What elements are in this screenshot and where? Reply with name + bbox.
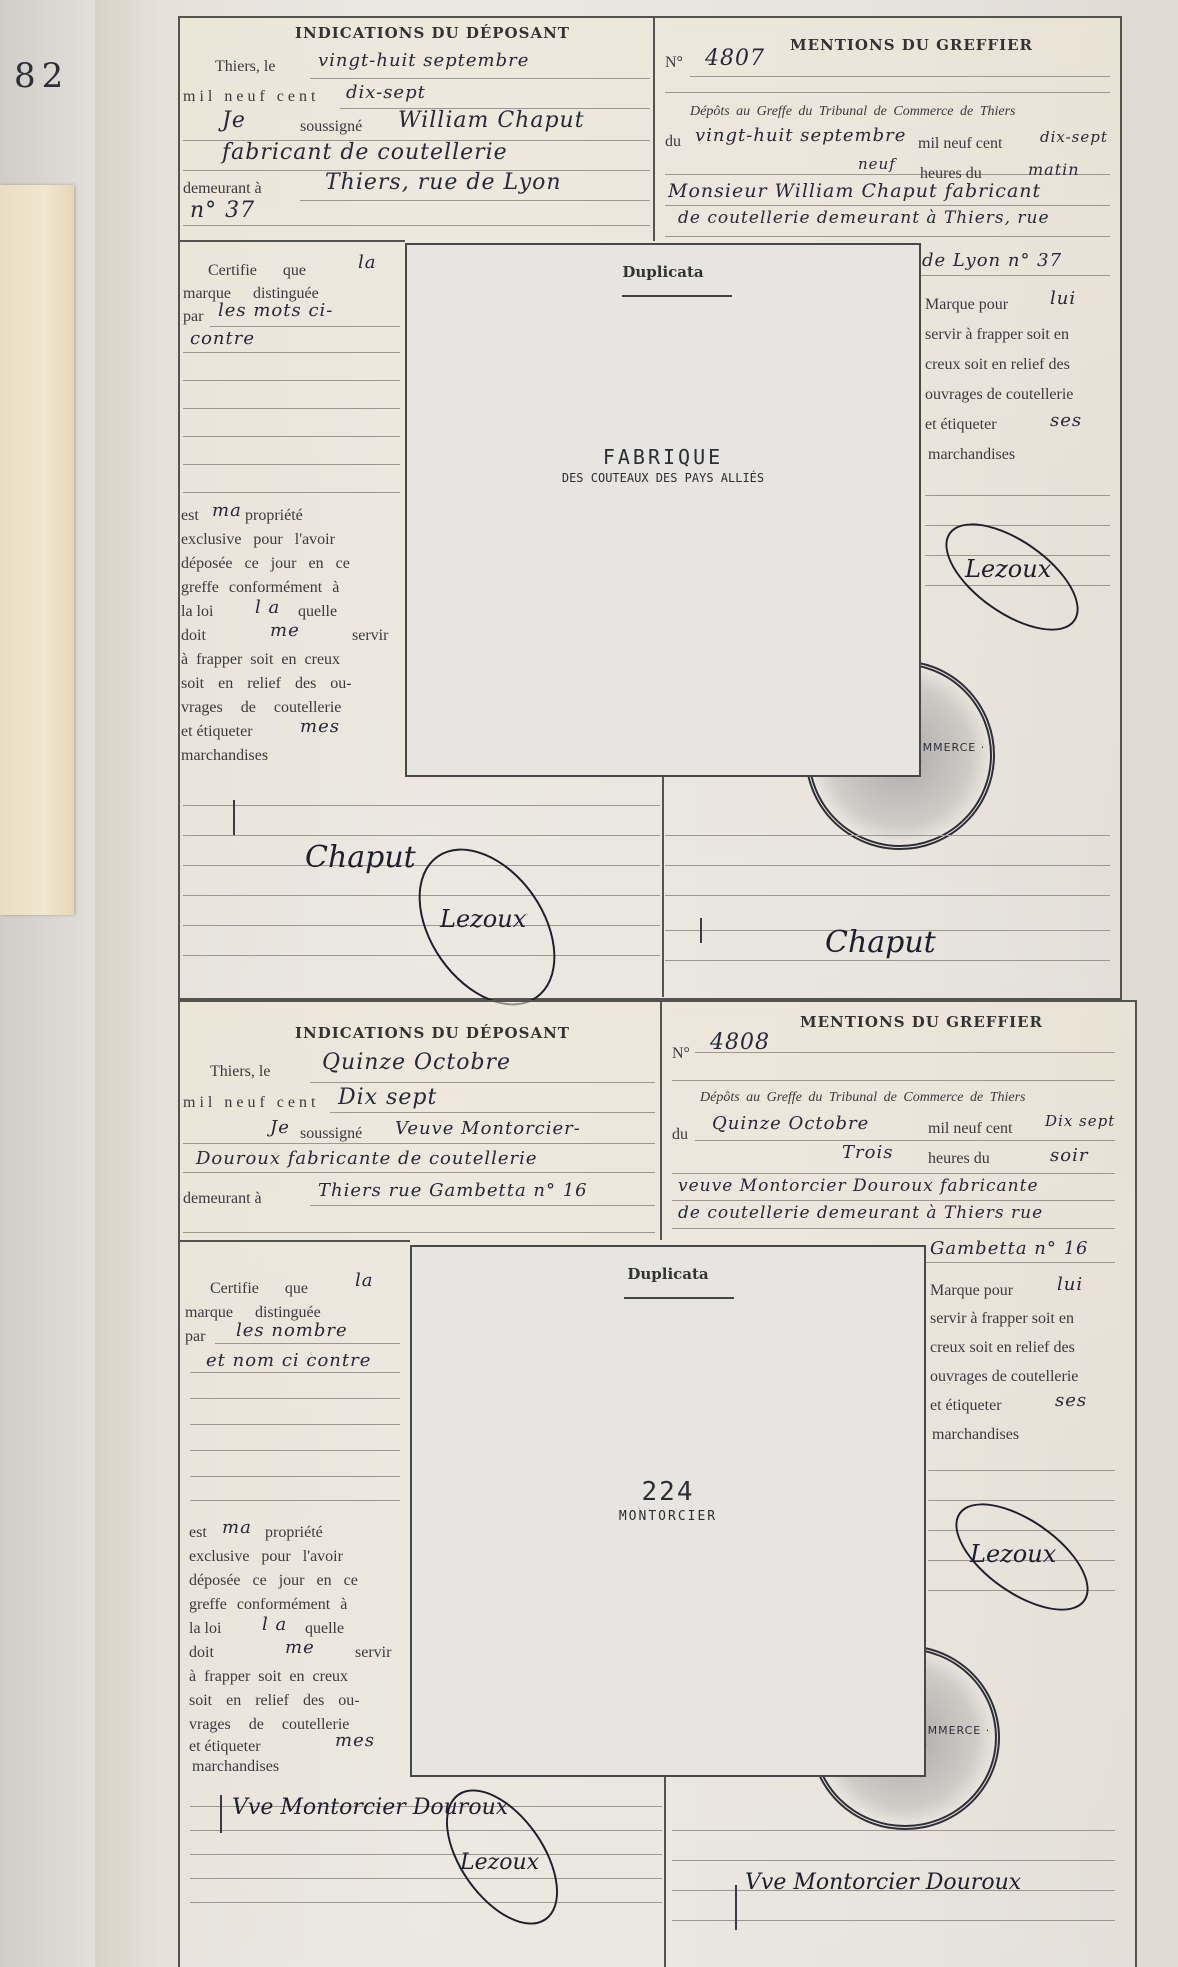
thiers-label: Thiers, le — [210, 1063, 270, 1081]
demeurant-label: demeurant à — [183, 180, 262, 198]
mil-neuf-cent-label: mil neuf cent — [183, 88, 319, 106]
mil-neuf-cent-label: mil neuf cent — [928, 1120, 1012, 1138]
rule — [665, 92, 1110, 93]
rule — [190, 1830, 662, 1831]
greffe-body-line: servir à frapper soit en — [925, 326, 1069, 344]
rule — [190, 1500, 400, 1501]
est-label: est — [181, 507, 199, 525]
la-loi-value: l a — [262, 1614, 287, 1635]
rule — [183, 225, 650, 226]
greffe-line-3: de Lyon n° 37 — [922, 250, 1062, 271]
du-label: du — [672, 1126, 688, 1144]
registration-number: 4807 — [705, 46, 765, 71]
rule — [672, 1228, 1115, 1229]
heures-label: heures du — [928, 1150, 990, 1168]
propriete-text: propriété — [265, 1524, 323, 1542]
greffier-header: MENTIONS DU GREFFIER — [790, 36, 1033, 54]
depositor-name: William Chaput — [398, 108, 585, 133]
header-divider — [178, 1240, 410, 1242]
greffe-hour: Trois — [842, 1142, 893, 1163]
attached-paper-slip — [0, 185, 74, 915]
deposit-date: vingt-huit septembre — [318, 50, 529, 71]
rule — [183, 492, 400, 493]
clerk-signature: Lezoux — [965, 555, 1051, 583]
depositor-name: Veuve Montorcier- — [395, 1118, 581, 1139]
etiqueter-label: et étiqueter — [189, 1738, 261, 1756]
depositor-address: Thiers, rue de Lyon — [325, 170, 562, 195]
marchandises-label: marchandises — [192, 1758, 279, 1776]
quelle-label: quelle — [298, 603, 337, 621]
rule — [925, 495, 1110, 496]
tail-line: soit en relief des ou- — [181, 675, 352, 693]
rule — [190, 1450, 400, 1451]
column-divider — [660, 1000, 662, 1240]
greffe-body-line: ouvrages de coutellerie — [925, 386, 1073, 404]
mark-cross — [735, 1885, 737, 1930]
rule — [215, 1343, 400, 1344]
rule — [183, 1143, 655, 1144]
rule — [190, 1398, 400, 1399]
rule — [665, 960, 1110, 961]
greffe-hour: neuf — [858, 155, 896, 173]
body-line: exclusive pour l'avoir — [181, 531, 335, 549]
depositor-signature: Chaput — [305, 840, 416, 875]
greffe-line-1: Monsieur William Chaput fabricant — [668, 180, 1041, 202]
rule — [695, 1140, 1115, 1141]
certifie-value: la — [358, 252, 377, 273]
rule — [920, 275, 1110, 276]
body-line: greffe conformément à — [181, 579, 339, 597]
doit-label: doit — [189, 1644, 214, 1662]
mil-neuf-cent-label: mil neuf cent — [918, 135, 1002, 153]
est-value: ma — [222, 1517, 252, 1538]
rule — [672, 1860, 1115, 1861]
rule — [665, 236, 1110, 237]
witness-signature: Lezoux — [460, 1850, 539, 1875]
du-label: du — [665, 133, 681, 151]
thiers-label: Thiers, le — [215, 58, 275, 76]
rule — [300, 200, 650, 201]
tail-line: soit en relief des ou- — [189, 1692, 360, 1710]
rule — [183, 464, 400, 465]
la-loi-label: la loi — [181, 603, 213, 621]
depositor-address: Thiers rue Gambetta n° 16 — [318, 1180, 588, 1201]
trademark-mark-name: MONTORCIER — [412, 1509, 924, 1524]
depots-text: Dépôts au Greffe du Tribunal de Commerce… — [690, 104, 1016, 120]
tail-line: vrages de coutellerie — [189, 1716, 349, 1734]
par-value: les nombre — [236, 1320, 348, 1341]
est-value: ma — [212, 500, 242, 521]
greffe-etiqueter-value: ses — [1050, 410, 1082, 431]
body-line: exclusive pour l'avoir — [189, 1548, 343, 1566]
greffe-line-1: veuve Montorcier Douroux fabricante — [678, 1176, 1039, 1196]
par-value-2: contre — [190, 328, 255, 349]
rule — [183, 955, 660, 956]
rule — [183, 1232, 655, 1233]
greffe-body-line: creux soit en relief des — [930, 1339, 1075, 1357]
mil-neuf-cent-label: mil neuf cent — [183, 1094, 319, 1112]
trademark-mark-line-1: FABRIQUE — [407, 445, 919, 469]
duplicata-box: Duplicata 224 MONTORCIER — [410, 1245, 926, 1777]
deposit-date: Quinze Octobre — [322, 1050, 511, 1075]
est-label: est — [189, 1524, 207, 1542]
greffe-etiqueter-value: ses — [1055, 1390, 1087, 1411]
etiqueter-value: mes — [335, 1730, 375, 1751]
greffe-body-line: creux soit en relief des — [925, 356, 1070, 374]
duplicata-title: Duplicata — [412, 1265, 924, 1283]
etiqueter-value: mes — [300, 716, 340, 737]
marque-pour-label: Marque pour — [925, 296, 1008, 314]
clerk-signature: Lezoux — [970, 1540, 1056, 1568]
rule — [672, 1830, 1115, 1831]
rule — [183, 408, 400, 409]
par-label: par — [183, 308, 203, 326]
greffe-year: Dix sept — [1045, 1112, 1115, 1130]
depositor-signature-greffe: Chaput — [825, 925, 936, 960]
certifie-value: la — [355, 1270, 374, 1291]
rule — [310, 78, 650, 79]
servir-label: servir — [352, 627, 388, 645]
page-number: 82 — [14, 56, 69, 96]
rule — [310, 1082, 655, 1083]
rule — [183, 865, 660, 866]
rule — [183, 380, 400, 381]
deposit-year: dix-sept — [346, 82, 426, 103]
trademark-mark-number: 224 — [412, 1477, 924, 1507]
greffe-period: matin — [1028, 160, 1080, 179]
par-value-2: et nom ci contre — [206, 1350, 371, 1371]
rule — [183, 925, 660, 926]
greffe-body-line: servir à frapper soit en — [930, 1310, 1074, 1328]
quelle-label: quelle — [305, 1620, 344, 1638]
depositor-profession: fabricant de coutellerie — [222, 140, 508, 165]
la-loi-label: la loi — [189, 1620, 221, 1638]
trademark-mark-line-2: DES COUTEAUX DES PAYS ALLIÉS — [407, 471, 919, 485]
rule — [183, 1172, 655, 1173]
depositor-address-2: n° 37 — [190, 198, 255, 223]
rule — [928, 1500, 1115, 1501]
body-line: déposée ce jour en ce — [181, 555, 350, 573]
duplicata-title: Duplicata — [407, 263, 919, 281]
rule — [672, 1920, 1115, 1921]
rule — [310, 1205, 655, 1206]
greffe-line-2: de coutellerie demeurant à Thiers, rue — [678, 208, 1050, 228]
doit-label: doit — [181, 627, 206, 645]
soussigne-label: soussigné — [300, 1125, 362, 1143]
rule — [183, 835, 660, 836]
tail-line: à frapper soit en creux — [181, 651, 340, 669]
depositor-profession: Douroux fabricante de coutellerie — [196, 1148, 538, 1169]
deposant-header: INDICATIONS DU DÉPOSANT — [295, 24, 570, 42]
rule — [928, 1470, 1115, 1471]
doit-value: me — [285, 1637, 315, 1658]
tail-line: vrages de coutellerie — [181, 699, 341, 717]
mark-cross — [233, 800, 235, 835]
soussigne-label: soussigné — [300, 118, 362, 136]
deposant-header: INDICATIONS DU DÉPOSANT — [295, 1024, 570, 1042]
column-divider-lower — [662, 775, 664, 997]
certifie-label: Certifie que — [208, 262, 306, 280]
greffe-line-2: de coutellerie demeurant à Thiers rue — [678, 1203, 1043, 1223]
rule — [190, 1854, 662, 1855]
greffier-header: MENTIONS DU GREFFIER — [800, 1013, 1043, 1031]
demeurant-label: demeurant à — [183, 1190, 262, 1208]
etiqueter-label: et étiqueter — [181, 723, 253, 741]
greffe-etiqueter-label: et étiqueter — [925, 416, 997, 434]
rule — [665, 865, 1110, 866]
body-line: déposée ce jour en ce — [189, 1572, 358, 1590]
rule — [330, 1112, 655, 1113]
tail-line: à frapper soit en creux — [189, 1668, 348, 1686]
rule — [190, 1372, 400, 1373]
greffe-date: vingt-huit septembre — [695, 125, 906, 146]
certifie-label: Certifie que — [210, 1280, 308, 1298]
column-divider-lower — [664, 1775, 666, 1967]
rule — [925, 1262, 1115, 1263]
propriete-text: propriété — [245, 507, 303, 525]
doit-value: me — [270, 620, 300, 641]
greffe-year: dix-sept — [1040, 128, 1108, 146]
rule — [190, 1902, 662, 1903]
par-label: par — [185, 1328, 205, 1346]
duplicata-box: Duplicata FABRIQUE DES COUTEAUX DES PAYS… — [405, 243, 921, 777]
je: Je — [222, 108, 246, 133]
je: Je — [270, 1117, 290, 1138]
rule — [690, 76, 1110, 77]
rule — [190, 1424, 400, 1425]
greffe-body-line: ouvrages de coutellerie — [930, 1368, 1078, 1386]
rule — [183, 805, 660, 806]
rule — [665, 895, 1110, 896]
marque-pour-value: lui — [1050, 288, 1076, 309]
rule — [190, 1476, 400, 1477]
greffe-line-3: Gambetta n° 16 — [930, 1238, 1089, 1259]
la-loi-value: l a — [255, 597, 280, 618]
par-value: les mots ci- — [218, 300, 333, 321]
marque-pour-value: lui — [1057, 1274, 1083, 1295]
rule — [695, 1052, 1115, 1053]
number-label: N° — [672, 1045, 690, 1063]
rule — [665, 205, 1110, 206]
mark-cross — [700, 918, 702, 943]
rule — [183, 352, 400, 353]
rule — [672, 1173, 1115, 1174]
rule — [925, 525, 1110, 526]
depots-text: Dépôts au Greffe du Tribunal de Commerce… — [700, 1090, 1026, 1106]
greffe-etiqueter-label: et étiqueter — [930, 1397, 1002, 1415]
marchandises-label: marchandises — [181, 747, 268, 765]
greffe-date: Quinze Octobre — [712, 1113, 869, 1134]
rule — [183, 436, 400, 437]
servir-label: servir — [355, 1644, 391, 1662]
rule — [672, 1080, 1115, 1081]
greffe-marchandises-label: marchandises — [928, 446, 1015, 464]
number-label: N° — [665, 54, 683, 72]
column-divider — [653, 16, 655, 241]
rule — [190, 1878, 662, 1879]
header-divider — [178, 240, 405, 242]
rule — [210, 326, 400, 327]
depositor-signature-greffe: Vve Montorcier Douroux — [745, 1870, 1021, 1895]
rule — [672, 1200, 1115, 1201]
marque-pour-label: Marque pour — [930, 1282, 1013, 1300]
witness-signature: Lezoux — [440, 905, 526, 933]
greffe-marchandises-label: marchandises — [932, 1426, 1019, 1444]
mark-cross — [220, 1795, 222, 1833]
duplicata-underline — [624, 1297, 734, 1299]
deposit-year: Dix sept — [338, 1085, 437, 1110]
rule — [665, 835, 1110, 836]
greffe-period: soir — [1050, 1145, 1088, 1166]
duplicata-underline — [622, 295, 732, 297]
body-line: greffe conformément à — [189, 1596, 347, 1614]
